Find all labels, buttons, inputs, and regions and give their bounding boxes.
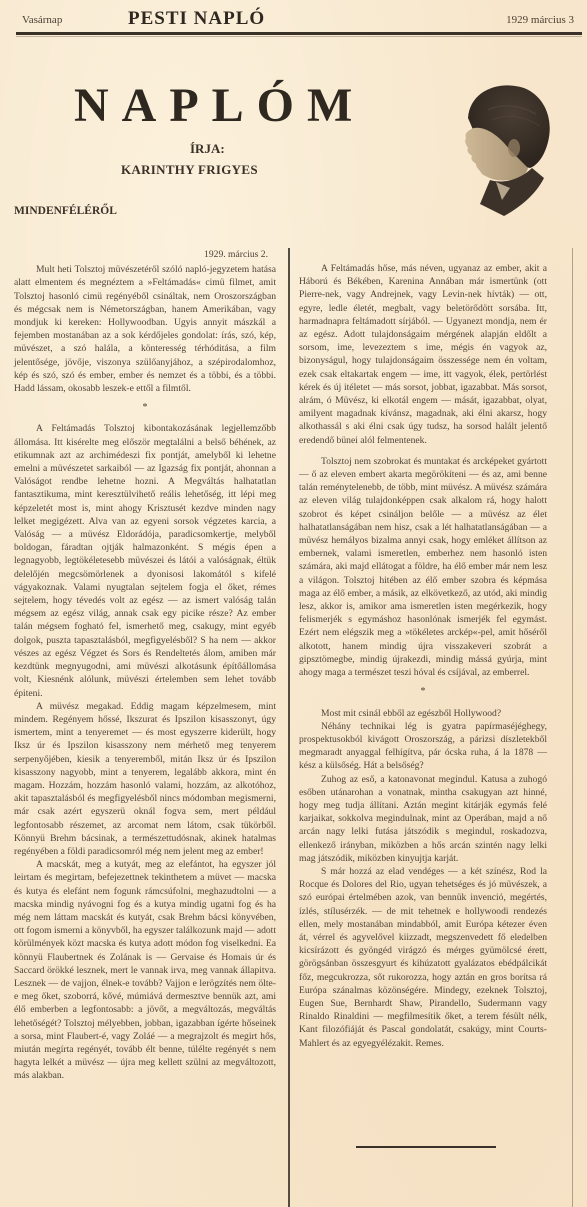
author-portrait-icon [440,70,560,220]
masthead-rule [16,32,582,35]
article-paragraph: Tolsztoj nem szobrokat és muntakat és ar… [299,455,547,679]
article-column-right: A Feltámadás hőse, más néven, ugyanaz az… [299,262,547,1050]
article-paragraph: A Feltámadás hőse, más néven, ugyanaz az… [299,262,547,447]
article-paragraph: Néhány technikai lég is gyatra papírmasé… [299,720,547,773]
section-separator: * [299,685,547,698]
masthead-date: 1929 március 3 [506,14,574,26]
column-divider [288,248,290,1207]
article-paragraph: S már hozzá az elad vendéges — a két szí… [299,865,547,1050]
section-heading: MINDENFÉLÉRŐL [14,205,117,217]
article-paragraph: A macskát, meg a kutyát, meg az elefánto… [14,858,276,1082]
masthead: Vasárnap PESTI NAPLÓ 1929 március 3 [18,6,580,32]
article-dateline: 1929. március 2. [14,248,276,261]
article-column-left: 1929. március 2. Mult heti Tolsztoj müvé… [14,248,276,1083]
article-end-rule [356,1146,496,1148]
article-paragraph: Most mit csinál ebből az egészből Hollyw… [299,707,547,720]
article-paragraph: A müvész megakad. Eddig magam képzelmese… [14,700,276,858]
author-name: KARINTHY FRIGYES [121,162,258,178]
article-paragraph: Zuhog az eső, a katonavonat megindul. Ka… [299,773,547,865]
article-paragraph: A Feltámadás Tolsztoj kibontakozásának l… [14,422,276,699]
masthead-rule-thin [16,36,582,37]
newspaper-title: PESTI NAPLÓ [128,8,265,30]
masthead-day: Vasárnap [22,14,62,26]
section-separator: * [14,401,276,414]
right-margin-rule [572,248,573,1207]
byline-label: ÍRJA: [190,141,225,157]
article-paragraph: Mult heti Tolsztoj müvészetéről szóló na… [14,263,276,395]
newspaper-page: Vasárnap PESTI NAPLÓ 1929 március 3 NAPL… [0,0,587,1207]
column-title: NAPLÓM [74,78,365,133]
